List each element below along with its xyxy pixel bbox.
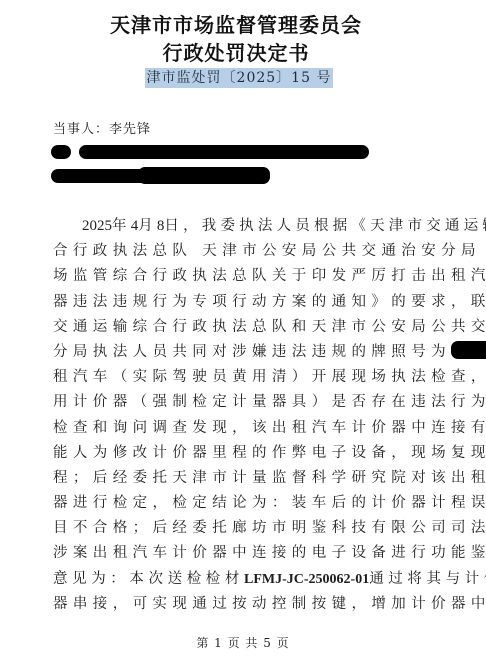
page-footer: 第 1 页 共 5 页 — [0, 634, 486, 651]
body-line: 涉案出租汽车计价器中连接的电子设备进行功能鉴定，鉴定 — [53, 541, 425, 566]
redaction-bar — [51, 169, 151, 183]
party-name: 当事人：李先锋 — [53, 118, 151, 137]
document-page: 天津市市场监督管理委员会 行政处罚决定书 津市监处罚〔2025〕15 号 当事人… — [0, 0, 486, 668]
date-text: 2025 — [82, 218, 112, 234]
body-line: 租汽车（实际驾驶员黄用清）开展现场执法检查，检查其在 — [53, 365, 425, 390]
body-fragment: 月 — [138, 218, 157, 234]
body-fragment: 日，我委执法人员根据《天津市交通运输综 — [164, 218, 486, 234]
body-line: 场监管综合行政执法总队关于印发严厉打击出租汽车计价 — [53, 264, 425, 289]
body-paragraph: 2025年4月8日，我委执法人员根据《天津市交通运输综 合行政执法总队 天津市公… — [53, 214, 425, 617]
doc-number[interactable]: 津市监处罚〔2025〕15 号 — [145, 68, 334, 88]
body-line: 合行政执法总队 天津市公安局公共交通治安分局 天津市市 — [53, 239, 425, 264]
redaction-bar — [51, 145, 71, 159]
body-line: 器进行检定，检定结论为：装车后的计价器计程误差检定项 — [53, 491, 425, 516]
body-fragment: 年 — [112, 218, 131, 234]
body-fragment: 意见为：本次送检检材 — [53, 571, 244, 587]
body-line: 器串接，可实现通过按动控制按键，增加计价器中收到的里 — [53, 592, 425, 617]
body-line: 2025年4月8日，我委执法人员根据《天津市交通运输综 — [53, 214, 425, 239]
body-line: 检查和询问调查发现，该出租汽车计价器中连接有涉嫌存在 — [53, 416, 425, 441]
body-fragment: 分局执法人员共同对涉嫌违法违规的牌照号为 — [53, 344, 451, 360]
body-line: 目不合格；后经委托廊坊市明鉴科技有限公司司法鉴定所对 — [53, 516, 425, 541]
license-plate-redaction — [451, 341, 486, 359]
document-title-line2: 行政处罚决定书 — [0, 37, 479, 66]
body-line: 程；后经委托天津市计量监督科学研究院对该出租汽车计价 — [53, 466, 425, 491]
redaction-bar — [138, 167, 270, 184]
document-title-line1: 天津市市场监督管理委员会 — [0, 9, 479, 38]
body-line: 器违法违规行为专项行动方案的通知》的要求，联合天津市 — [53, 290, 425, 315]
redaction-bar — [79, 145, 369, 159]
sample-id: LFMJ-JC-250062-01 — [244, 572, 369, 587]
body-fragment: 通过将其与计价 — [369, 571, 486, 587]
body-line: 能人为修改计价器里程的作弊电子设备，现场复现出违法过 — [53, 441, 425, 466]
body-line: 用计价器（强制检定计量器具）是否存在违法行为。经现场 — [53, 390, 425, 415]
body-line: 意见为：本次送检检材LFMJ-JC-250062-01通过将其与计价 — [53, 567, 425, 592]
doc-number-row: 津市监处罚〔2025〕15 号 — [0, 67, 486, 88]
body-line: 交通运输综合行政执法总队和天津市公安局公共交通治安 — [53, 315, 425, 340]
body-line: 分局执法人员共同对涉嫌违法违规的牌照号为出 — [53, 340, 425, 365]
